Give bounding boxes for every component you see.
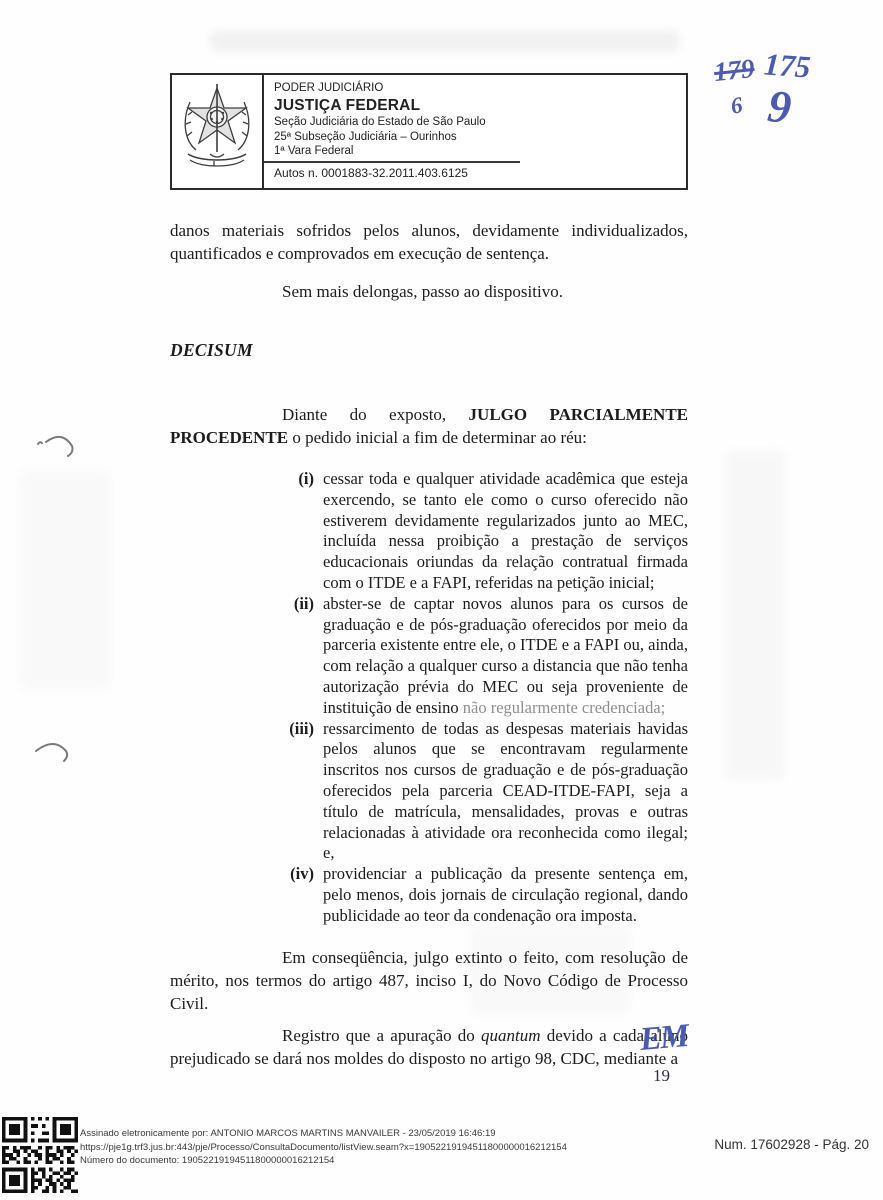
signature-block: Assinado eletronicamente por: ANTONIO MA…: [80, 1127, 640, 1168]
bleed-through-smudge: [725, 450, 785, 780]
bleed-through-smudge: [20, 470, 110, 690]
item-text: abster-se de captar novos alunos para os…: [323, 594, 688, 719]
case-number: Autos n. 0001883-32.2011.403.6125: [274, 163, 686, 181]
section-heading-decisum: DECISUM: [170, 339, 688, 362]
org-name: JUSTIÇA FEDERAL: [274, 96, 686, 115]
item-number: (iii): [268, 719, 314, 865]
item-text: providenciar a publicação da presente se…: [323, 864, 688, 926]
paragraph-quantum: Registro que a apuração do quantum devid…: [170, 1024, 688, 1070]
scanned-document-page: 179 175 6 9: [0, 0, 883, 1200]
emblem-cell: [172, 75, 264, 188]
quantum-italic: quantum: [481, 1026, 541, 1045]
paragraph-extinction: Em conseqüência, julgo extinto o feito, …: [170, 946, 688, 1015]
document-number-line: Número do documento: 1905221919451180000…: [80, 1154, 640, 1168]
qr-code-icon: [2, 1117, 78, 1193]
stamped-page-number: 19: [653, 1066, 670, 1086]
list-item: (iii) ressarcimento de todas as despesas…: [268, 719, 688, 865]
paragraph-ruling: Diante do exposto, JULGO PARCIALMENTE PR…: [170, 403, 688, 449]
org-subsection: 25ª Subseção Judiciária – Ourinhos: [274, 130, 686, 145]
signed-by-line: Assinado eletronicamente por: ANTONIO MA…: [80, 1127, 640, 1141]
handwritten-number: 6: [729, 92, 745, 120]
quantum-pre: Registro que a apuração do: [282, 1026, 481, 1045]
item-number: (ii): [268, 594, 314, 719]
verification-url: https://pje1g.trf3.jus.br:443/pje/Proces…: [80, 1141, 640, 1155]
margin-pen-mark: [28, 733, 84, 767]
brazil-coat-of-arms-icon: [180, 82, 254, 182]
item-text: cessar toda e qualquer atividade acadêmi…: [323, 469, 688, 594]
org-section: Seção Judiciária do Estado de São Paulo: [274, 115, 686, 130]
paragraph-continuation: danos materiais sofridos pelos alunos, d…: [170, 219, 688, 265]
org-court: 1ª Vara Federal: [274, 144, 686, 159]
list-item: (ii) abster-se de captar novos alunos pa…: [268, 594, 688, 719]
list-item: (iv) providenciar a publicação da presen…: [268, 864, 688, 926]
margin-pen-mark: [28, 428, 84, 462]
org-branch: PODER JUDICIÁRIO: [274, 81, 686, 96]
document-page-reference: Num. 17602928 - Pág. 20: [714, 1137, 869, 1152]
ruling-pre: Diante do exposto,: [282, 405, 469, 424]
handwritten-number-crossed: 179: [712, 53, 756, 88]
item-text: ressarcimento de todas as despesas mater…: [323, 719, 688, 865]
ruling-items-list: (i) cessar toda e qualquer atividade aca…: [170, 469, 688, 927]
bleed-through-smudge: [210, 30, 680, 52]
ruling-post: o pedido inicial a fim de determinar ao …: [288, 428, 587, 447]
item-number: (i): [268, 469, 314, 594]
paragraph-transition: Sem mais delongas, passo ao dispositivo.: [170, 280, 688, 303]
list-item: (i) cessar toda e qualquer atividade aca…: [268, 469, 688, 594]
faded-text: não regularmente credenciada;: [463, 698, 665, 717]
handwritten-number: 9: [765, 79, 793, 134]
court-letterhead: PODER JUDICIÁRIO JUSTIÇA FEDERAL Seção J…: [170, 73, 688, 190]
item-number: (iv): [268, 864, 314, 926]
handwritten-number: 175: [763, 46, 812, 85]
letterhead-text: PODER JUDICIÁRIO JUSTIÇA FEDERAL Seção J…: [264, 75, 686, 188]
decision-text: danos materiais sofridos pelos alunos, d…: [170, 219, 688, 1070]
